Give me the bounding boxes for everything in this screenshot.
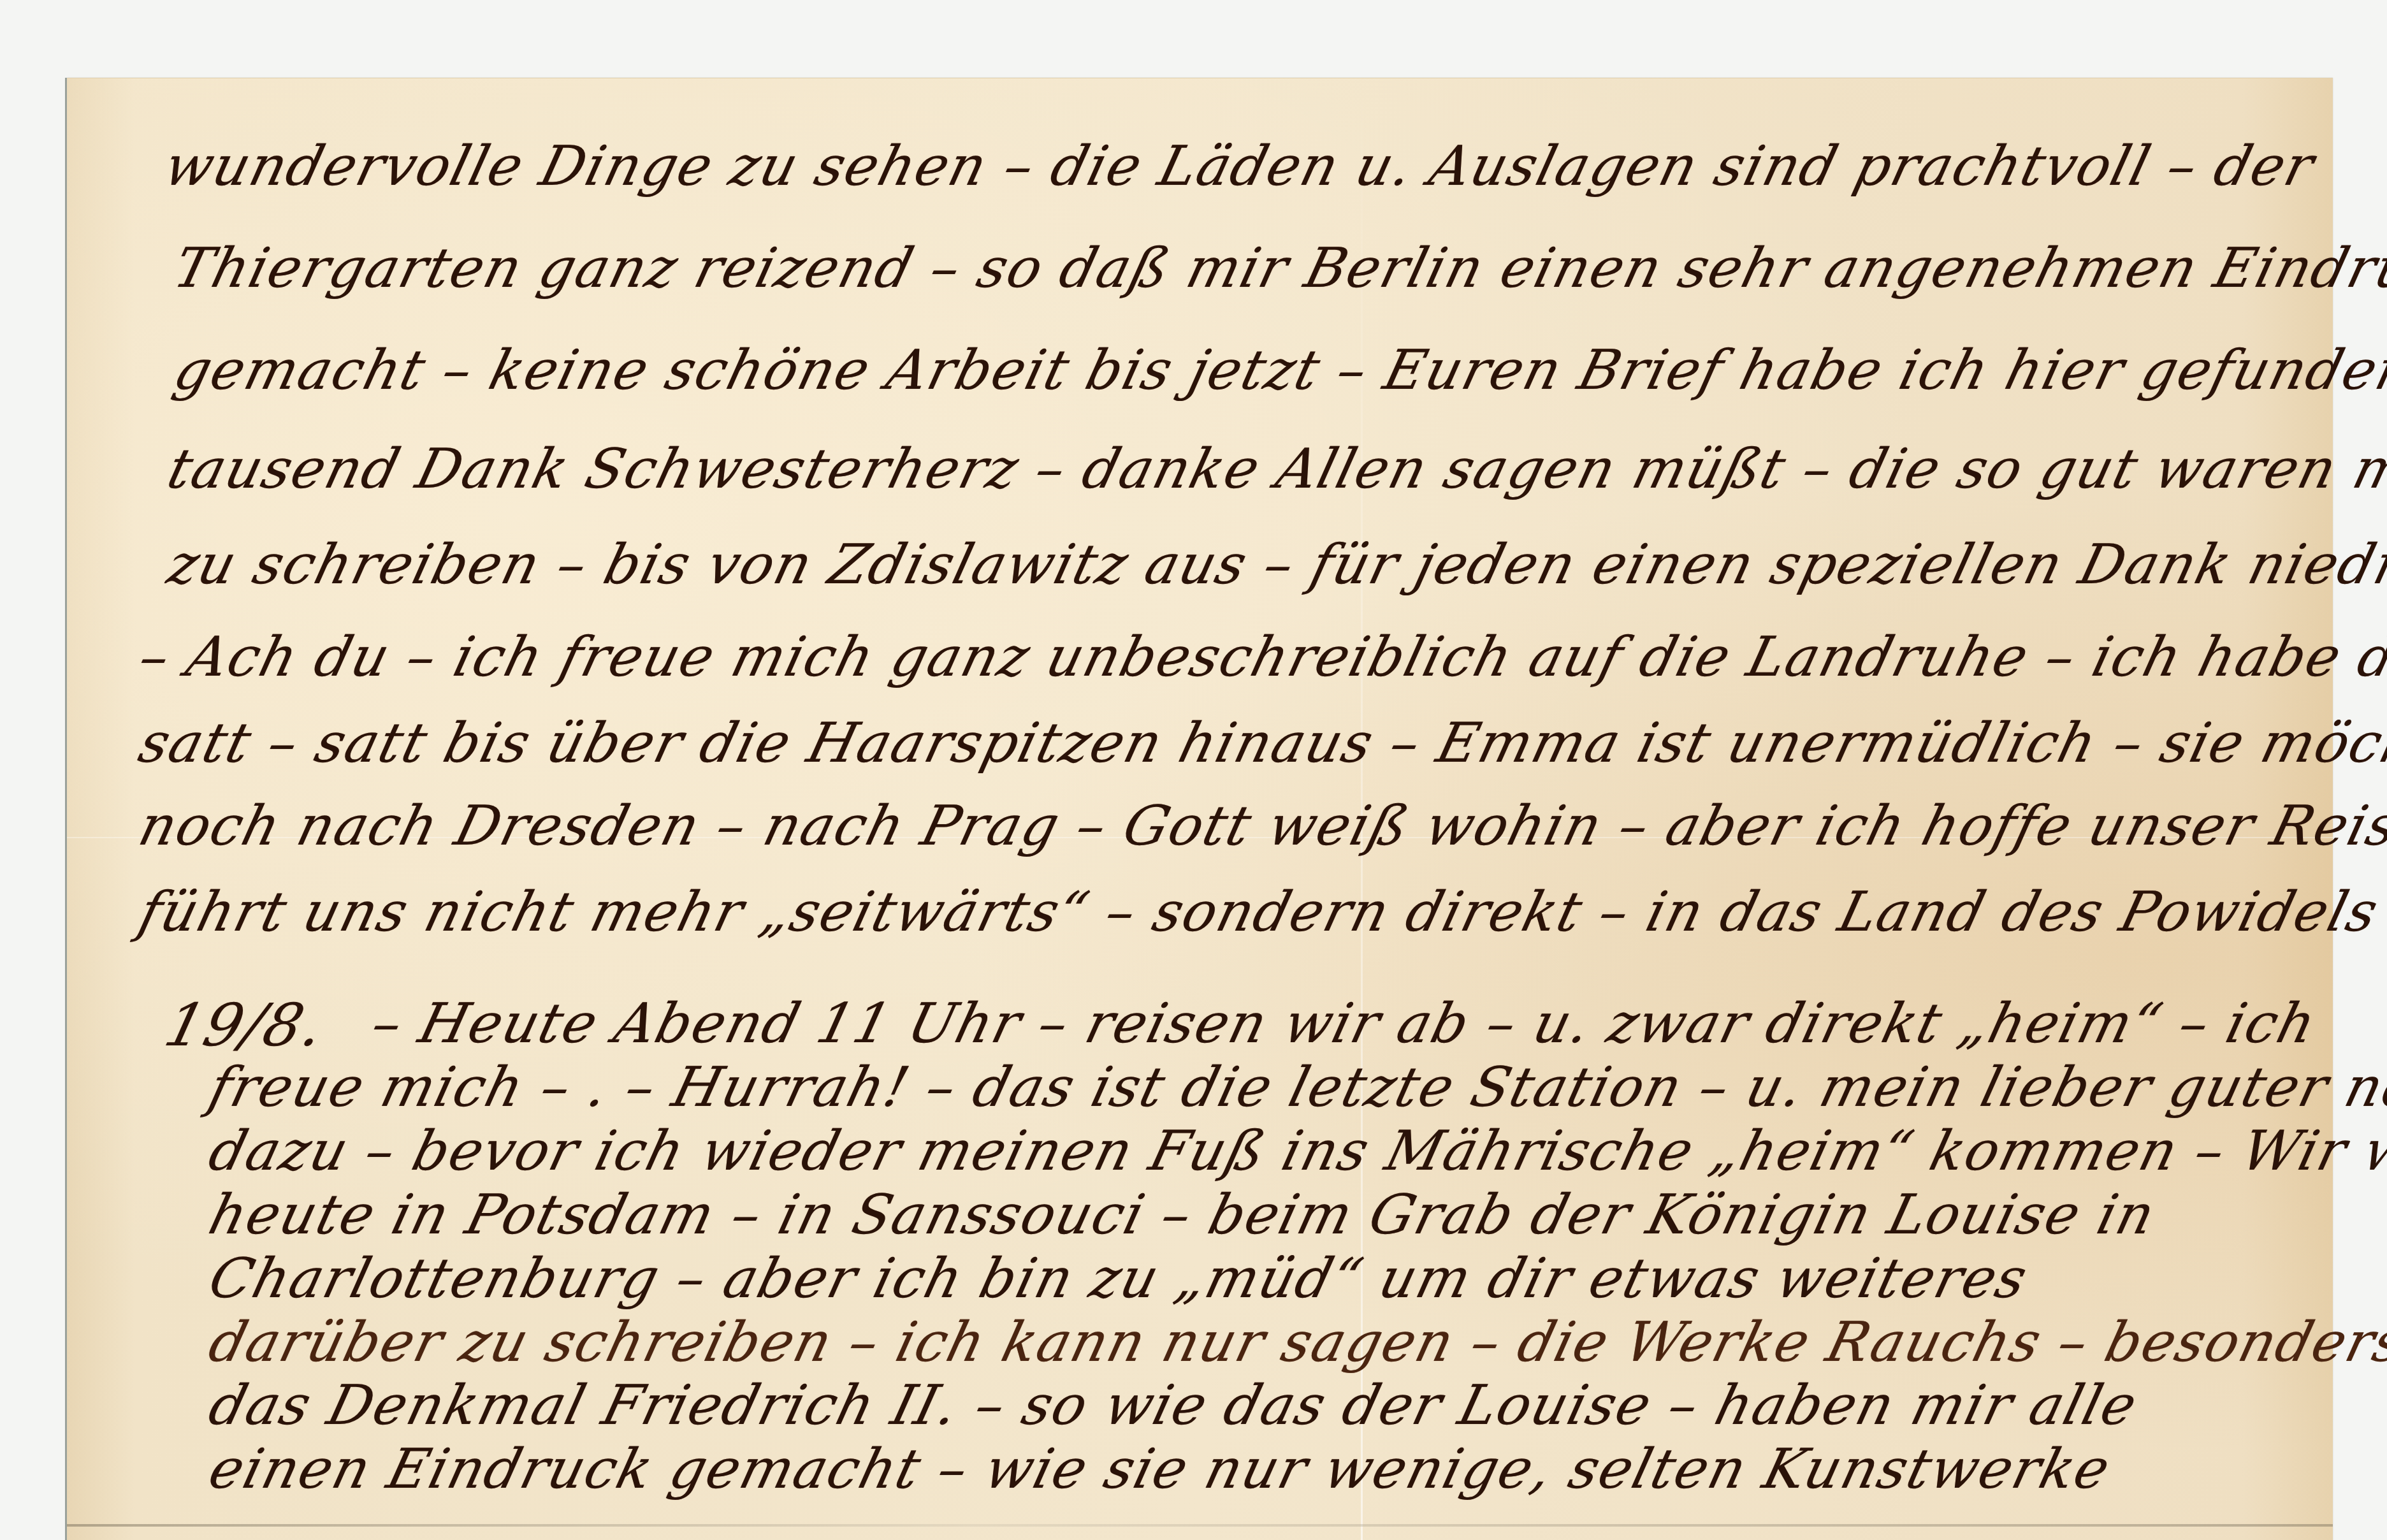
letter-line-14: Charlottenburg – aber ich bin zu „müd“ u… — [204, 1251, 2033, 1306]
letter-line-2: Thiergarten ganz reizend – so daß mir Be… — [169, 241, 2387, 296]
letter-line-7: satt – satt bis über die Haarspitzen hin… — [134, 716, 2387, 771]
letter-line-1: wundervolle Dinge zu sehen – die Läden u… — [159, 139, 2320, 194]
letter-line-4: tausend Dank Schwesterherz – danke Allen… — [163, 442, 2387, 497]
bottom-fold-edge — [67, 1524, 2333, 1527]
letter-line-15: darüber zu schreiben – ich kann nur sage… — [204, 1315, 2387, 1370]
letter-line-8: noch nach Dresden – nach Prag – Gott wei… — [134, 799, 2387, 854]
letter-line-3: gemacht – keine schöne Arbeit bis jetzt … — [169, 343, 2387, 398]
letter-line-10: – Heute Abend 11 Uhr – reisen wir ab – u… — [366, 996, 2322, 1051]
letter-line-9: führt uns nicht mehr „seitwärts“ – sonde… — [134, 885, 2387, 940]
entry-date: 19/8. — [159, 996, 331, 1055]
letter-line-6: – Ach du – ich freue mich ganz unbeschre… — [134, 630, 2387, 685]
letter-line-11: freue mich – . – Hurrah! – das ist die l… — [204, 1060, 2387, 1115]
scanned-letter-page: wundervolle Dinge zu sehen – die Läden u… — [0, 0, 2387, 1540]
letter-line-12: dazu – bevor ich wieder meinen Fuß ins M… — [204, 1124, 2387, 1179]
letter-line-5: zu schreiben – bis von Zdislawitz aus – … — [163, 537, 2387, 592]
letter-line-13: heute in Potsdam – in Sanssouci – beim G… — [204, 1188, 2161, 1242]
paper-sheet: wundervolle Dinge zu sehen – die Läden u… — [67, 78, 2333, 1540]
